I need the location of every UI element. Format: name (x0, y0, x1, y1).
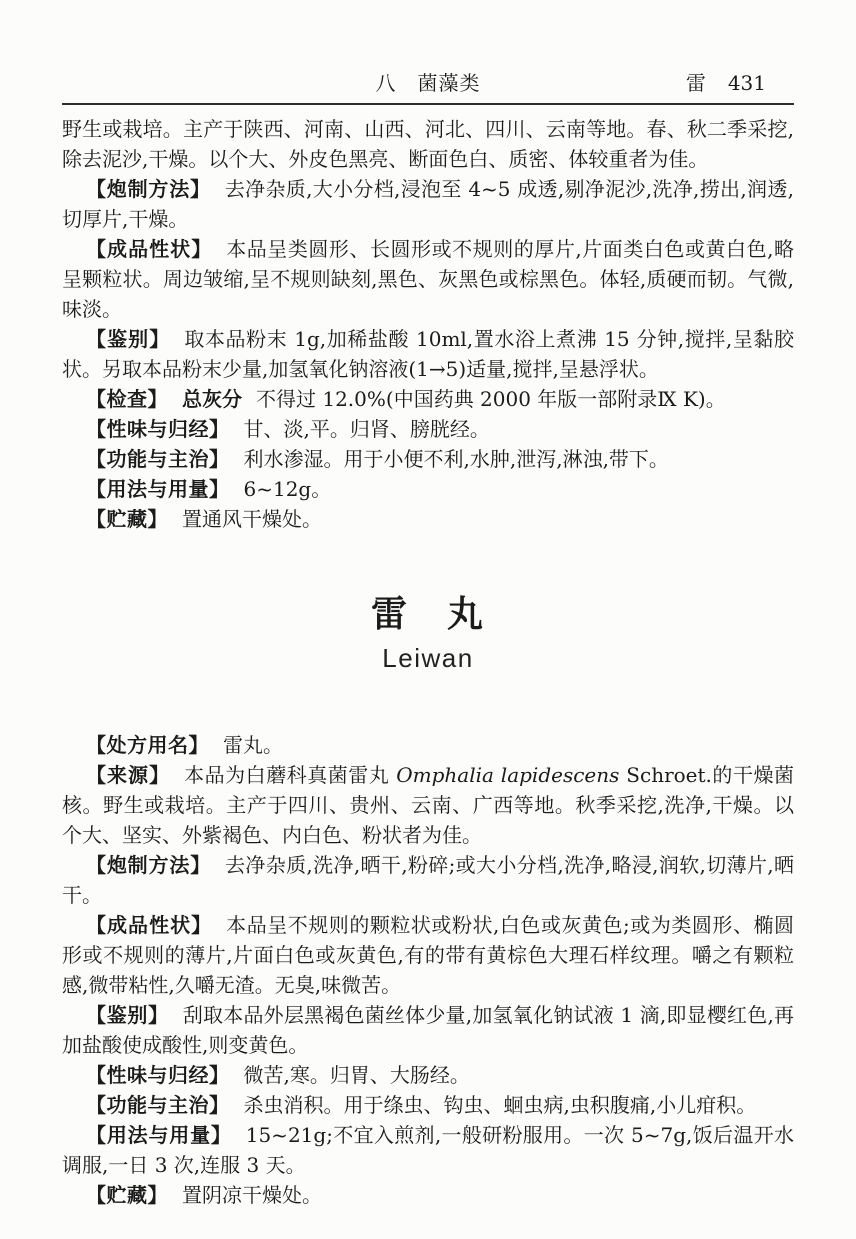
section-appearance: 【成品性状】本品呈不规则的颗粒状或粉状,白色或灰黄色;或为类圆形、椭圆形或不规则… (62, 910, 794, 1000)
section-storage: 【贮藏】置阴凉干燥处。 (62, 1180, 794, 1210)
section-label: 【用法与用量】 (86, 477, 230, 501)
section-dosage: 【用法与用量】6~12g。 (62, 474, 794, 504)
section-check: 【检查】总灰分不得过 12.0%(中国药典 2000 年版一部附录Ⅸ K)。 (62, 384, 794, 414)
section-label: 【成品性状】 (86, 237, 212, 261)
section-text: 置阴凉干燥处。 (182, 1183, 322, 1207)
section-text: 置通风干燥处。 (182, 507, 322, 531)
entry-title: 雷 丸 (62, 592, 794, 636)
section-taste-meridian: 【性味与归经】甘、淡,平。归肾、膀胱经。 (62, 414, 794, 444)
section-text: 雷丸。 (223, 733, 283, 757)
header-right-group: 雷 431 (686, 70, 766, 96)
section-label: 【鉴别】 (86, 327, 170, 351)
section-label: 【性味与归经】 (86, 417, 230, 441)
section-text: 甘、淡,平。归肾、膀胱经。 (244, 417, 490, 441)
section-label: 【性味与归经】 (86, 1063, 230, 1087)
section-text: 6~12g。 (244, 477, 332, 501)
header-rule (62, 103, 794, 105)
section-text: 杀虫消积。用于绦虫、钩虫、蛔虫病,虫积腹痛,小儿疳积。 (244, 1093, 757, 1117)
section-label: 【功能与主治】 (86, 1093, 230, 1117)
section-function-indication: 【功能与主治】利水渗湿。用于小便不利,水肿,泄泻,淋浊,带下。 (62, 444, 794, 474)
section-label: 【贮藏】 (86, 507, 168, 531)
section-text: 微苦,寒。归胃、大肠经。 (244, 1063, 470, 1087)
book-page: 八 菌藻类 雷 431 野生或栽培。主产于陕西、河南、山西、河北、四川、云南等地… (0, 0, 856, 1239)
section-function-indication: 【功能与主治】杀虫消积。用于绦虫、钩虫、蛔虫病,虫积腹痛,小儿疳积。 (62, 1090, 794, 1120)
page-number: 431 (728, 70, 766, 96)
section-prescription-name: 【处方用名】雷丸。 (62, 730, 794, 760)
section-label: 【处方用名】 (86, 733, 209, 757)
entry-index-char: 雷 (686, 70, 706, 96)
section-identification: 【鉴别】取本品粉末 1g,加稀盐酸 10ml,置水浴上煮沸 15 分钟,搅拌,呈… (62, 324, 794, 384)
section-label: 【用法与用量】 (86, 1123, 232, 1147)
section-text: 利水渗湿。用于小便不利,水肿,泄泻,淋浊,带下。 (244, 447, 669, 471)
entry-heading: 雷 丸 Leiwan (62, 592, 794, 674)
section-text: 取本品粉末 1g,加稀盐酸 10ml,置水浴上煮沸 15 分钟,搅拌,呈黏胶状。… (62, 327, 794, 381)
previous-entry-continuation: 野生或栽培。主产于陕西、河南、山西、河北、四川、云南等地。春、秋二季采挖,除去泥… (62, 114, 794, 534)
latin-binomial: Omphalia lapidescens (396, 763, 619, 787)
section-appearance: 【成品性状】本品呈类圆形、长圆形或不规则的厚片,片面类白色或黄白色,略呈颗粒状。… (62, 234, 794, 324)
section-source: 【来源】本品为白蘑科真菌雷丸 Omphalia lapidescens Schr… (62, 760, 794, 850)
entry-pinyin: Leiwan (62, 642, 794, 674)
section-label: 【来源】 (86, 763, 170, 787)
section-label: 【鉴别】 (86, 1003, 169, 1027)
section-label: 【成品性状】 (86, 913, 212, 937)
section-text: 刮取本品外层黑褐色菌丝体少量,加氢氧化钠试液 1 滴,即显樱红色,再加盐酸使成酸… (62, 1003, 794, 1057)
section-storage: 【贮藏】置通风干燥处。 (62, 504, 794, 534)
section-label: 【检查】 (86, 387, 168, 411)
section-label: 【炮制方法】 (86, 177, 211, 201)
section-dosage: 【用法与用量】15~21g;不宜入煎剂,一般研粉服用。一次 5~7g,饭后温开水… (62, 1120, 794, 1180)
section-sublabel: 总灰分 (182, 387, 242, 411)
chapter-heading: 八 菌藻类 (62, 70, 794, 96)
section-identification: 【鉴别】刮取本品外层黑褐色菌丝体少量,加氢氧化钠试液 1 滴,即显樱红色,再加盐… (62, 1000, 794, 1060)
section-label: 【炮制方法】 (86, 853, 211, 877)
section-processing: 【炮制方法】去净杂质,大小分档,浸泡至 4~5 成透,剔净泥沙,洗净,捞出,润透… (62, 174, 794, 234)
section-processing: 【炮制方法】去净杂质,洗净,晒干,粉碎;或大小分档,洗净,略浸,润软,切薄片,晒… (62, 850, 794, 910)
continuation-paragraph: 野生或栽培。主产于陕西、河南、山西、河北、四川、云南等地。春、秋二季采挖,除去泥… (62, 114, 794, 174)
section-taste-meridian: 【性味与归经】微苦,寒。归胃、大肠经。 (62, 1060, 794, 1090)
section-text: 不得过 12.0%(中国药典 2000 年版一部附录Ⅸ K)。 (256, 387, 726, 411)
running-header: 八 菌藻类 雷 431 (62, 70, 794, 96)
entry-body: 【处方用名】雷丸。 【来源】本品为白蘑科真菌雷丸 Omphalia lapide… (62, 730, 794, 1210)
section-label: 【功能与主治】 (86, 447, 230, 471)
section-label: 【贮藏】 (86, 1183, 168, 1207)
section-text-pre: 本品为白蘑科真菌雷丸 (184, 763, 396, 787)
